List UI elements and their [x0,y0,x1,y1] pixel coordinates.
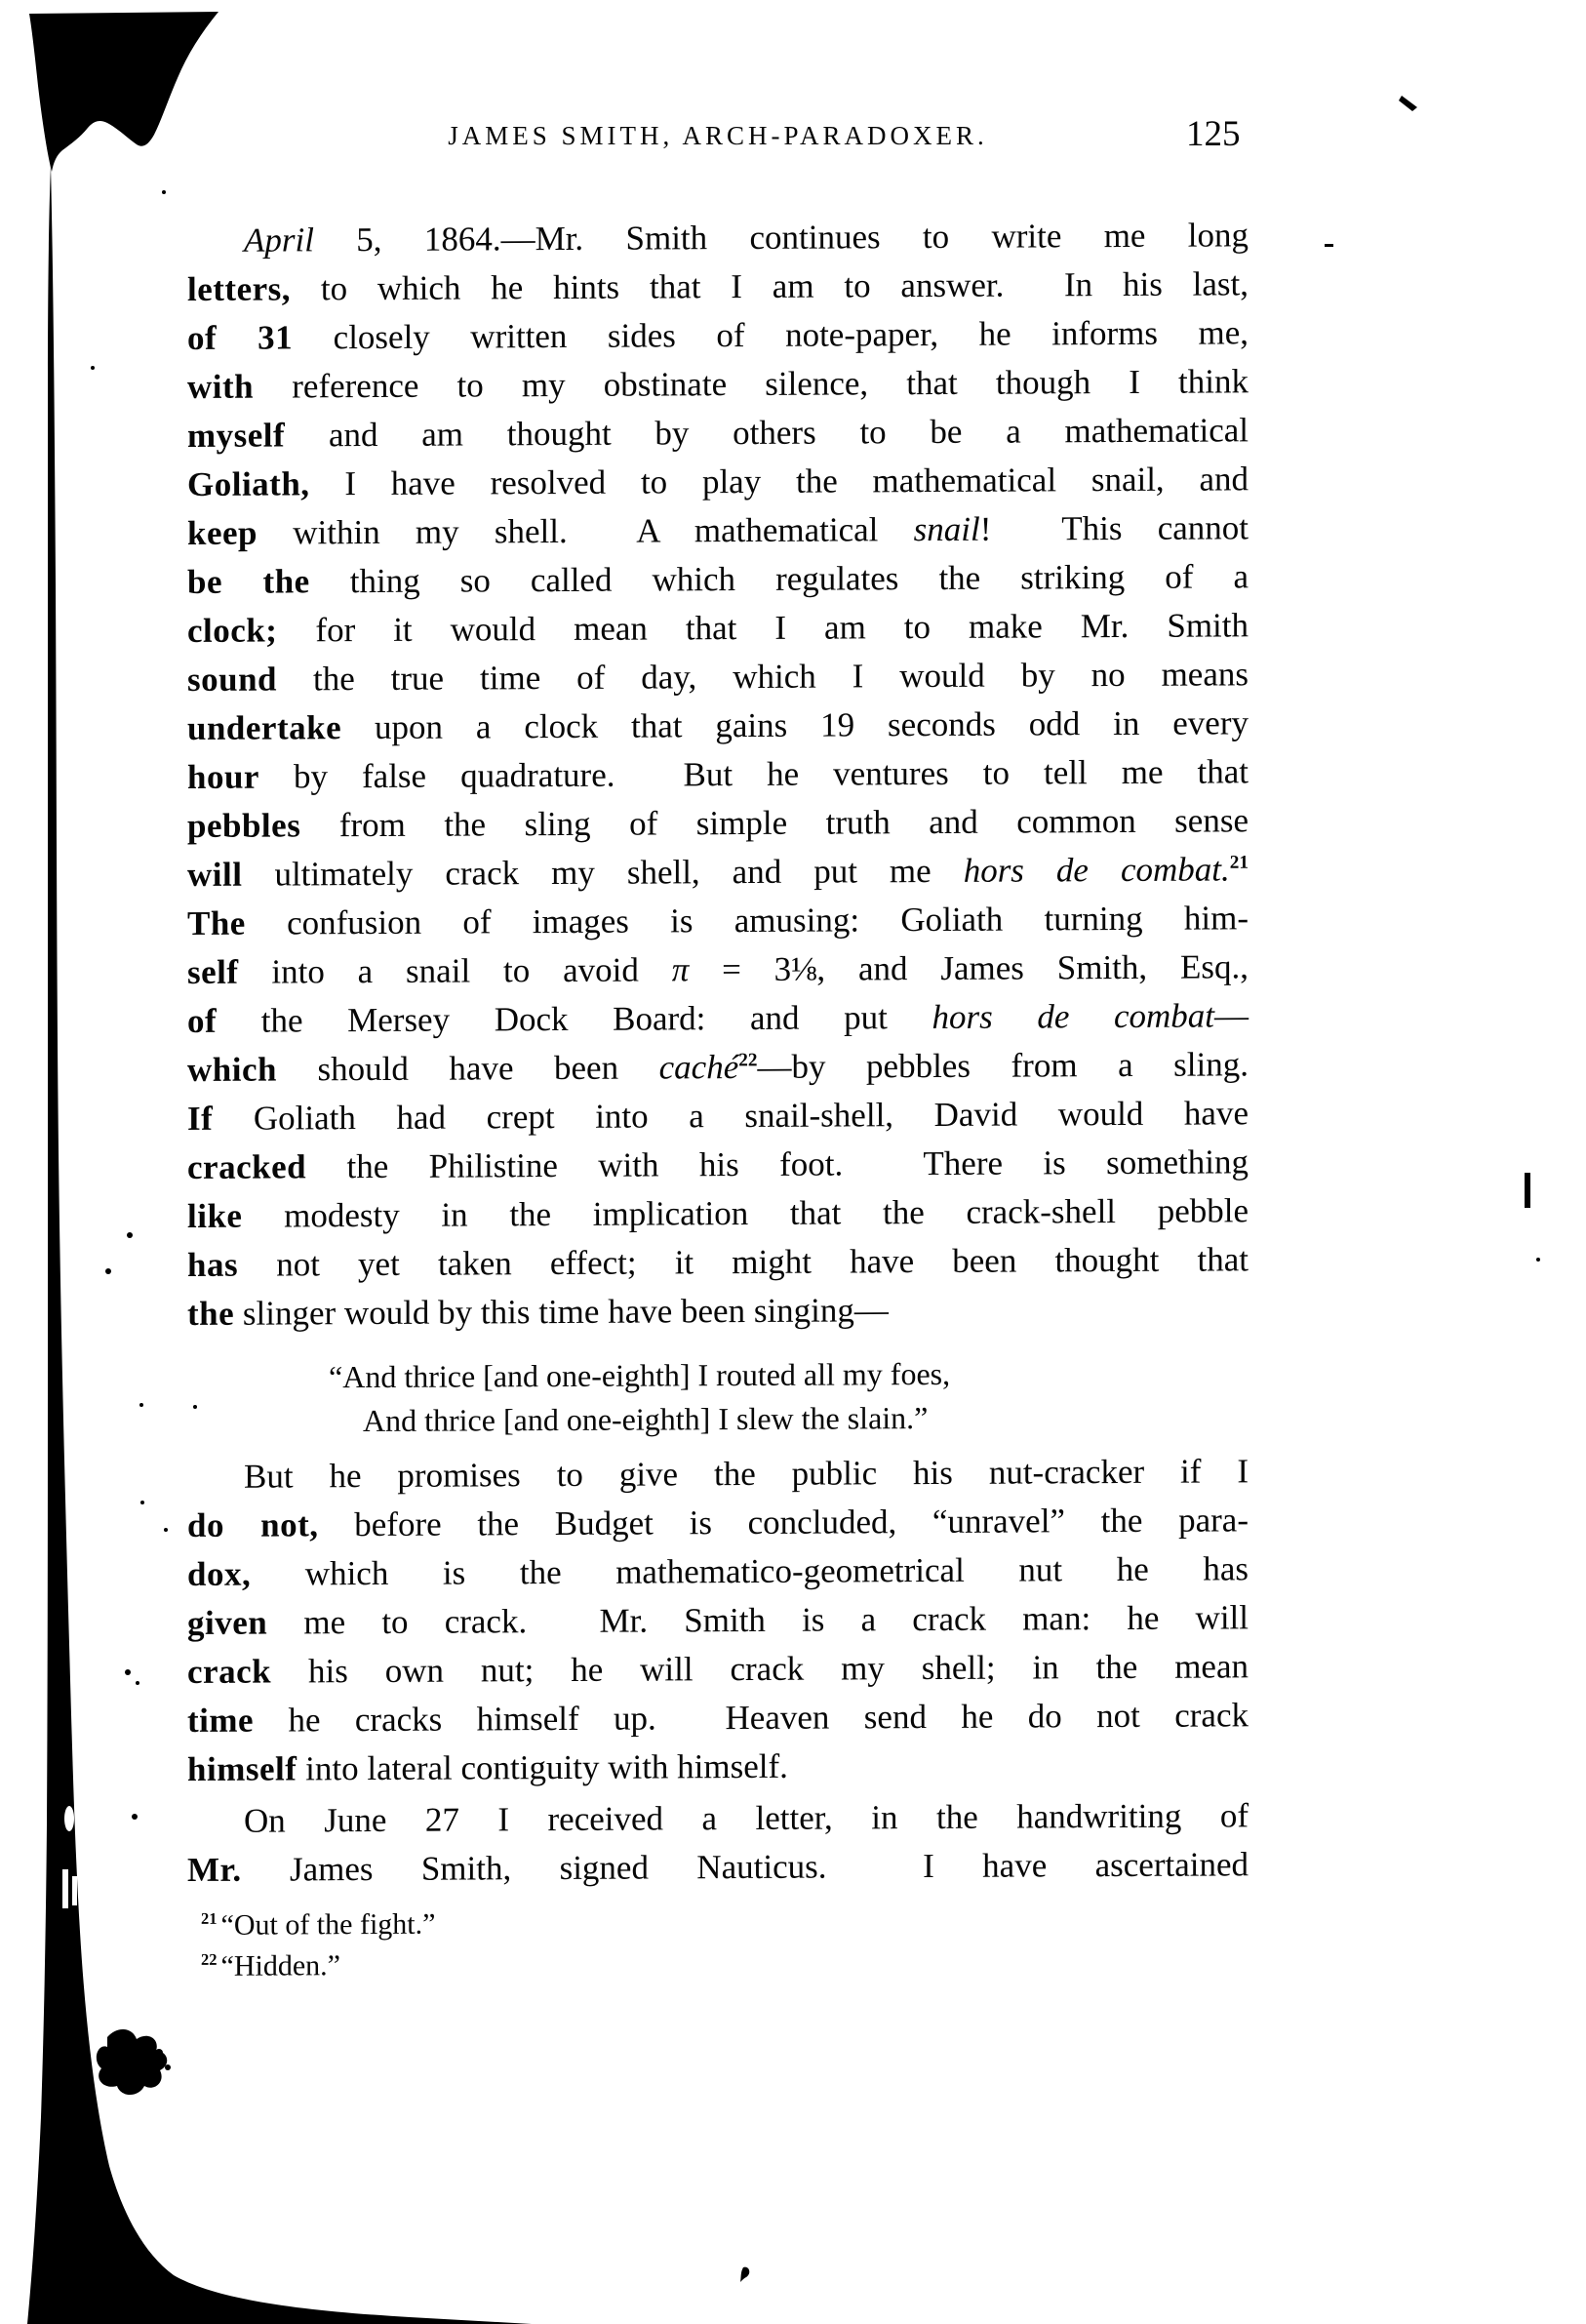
text-line: crack his own nut; he will crack my shel… [187,1642,1249,1697]
running-title: JAMES SMITH, ARCH-PARADOXER. [187,121,1249,151]
scan-speck [105,1268,111,1274]
footnote: 22“Hidden.” [201,1941,1249,1987]
scan-mark-dash [1325,244,1333,247]
text-line: sound the true time of day, which I woul… [187,650,1249,704]
footnotes: 21“Out of the fight.”22“Hidden.” [201,1900,1249,1987]
scan-mark-tick [1525,1173,1530,1208]
scan-speck [125,1669,131,1675]
text-line: of the Mersey Dock Board: and put hors d… [187,991,1249,1046]
verse-line: And thrice [and one-eighth] I slew the s… [363,1394,1249,1443]
text-line: On June 27 I received a letter, in the h… [187,1791,1249,1846]
scan-speck [155,2049,163,2057]
page-number: 125 [1186,113,1241,155]
text-line: will ultimately crack my shell, and put … [187,845,1249,900]
verse-line: “And thrice [and one-eighth] I routed al… [329,1350,1249,1399]
scan-speck [91,366,95,370]
text-line: himself into lateral contiguity with him… [187,1740,1249,1794]
scan-speck [127,1232,133,1238]
text-line: time he cracks himself up. Heaven send h… [187,1691,1249,1745]
text-line: myself and am thought by others to be a … [187,406,1249,461]
text-line: be the thing so called which regulates t… [187,552,1249,607]
scan-speck [149,2076,155,2082]
text-line: clock; for it would mean that I am to ma… [187,601,1249,656]
scan-speck [139,1403,143,1407]
paragraph-3: On June 27 I received a letter, in the h… [187,1791,1249,1895]
text-line: cracked the Philistine with his foot. Th… [187,1138,1249,1192]
text-line: Mr. James Smith, signed Nauticus. I have… [187,1840,1249,1895]
text-line: But he promises to give the public his n… [187,1447,1249,1502]
scan-speck [164,1528,168,1532]
scan-gap [72,1876,77,1905]
scan-mark-check [1399,96,1417,111]
scan-gap [64,1806,74,1831]
scan-speck [165,2064,171,2070]
verse-quote: “And thrice [and one-eighth] I routed al… [329,1350,1249,1443]
text-line: self into a snail to avoid π = 3⅛, and J… [187,942,1249,997]
text-line: If Goliath had crept into a snail-shell,… [187,1089,1249,1143]
scan-gap [62,1869,68,1908]
text-line: undertake upon a clock that gains 19 sec… [187,699,1249,753]
scan-speck [132,1814,138,1820]
paragraph-2: But he promises to give the public his n… [187,1447,1249,1794]
text-line: hour by false quadrature. But he venture… [187,747,1249,802]
scan-speck [162,190,166,194]
scanned-book-page: JAMES SMITH, ARCH-PARADOXER. 125 April 5… [0,0,1586,2324]
text-line: keep within my shell. A mathematical sna… [187,503,1249,558]
page-body: April 5, 1864.—Mr. Smith continues to wr… [187,211,1249,1987]
text-line: The confusion of images is amusing: Goli… [187,894,1249,948]
text-line: letters, to which he hints that I am to … [187,260,1249,314]
scan-speck [136,1681,139,1685]
scan-mark-comma [740,2267,749,2282]
text-line: the slinger would by this time have been… [187,1284,1249,1339]
text-line: like modesty in the implication that the… [187,1186,1249,1241]
footnote: 21“Out of the fight.” [201,1900,1249,1946]
text-line: which should have been caché22—by pebble… [187,1040,1249,1095]
paragraph-1: April 5, 1864.—Mr. Smith continues to wr… [187,211,1249,1339]
scan-speck [140,1501,144,1504]
text-line: do not, before the Budget is concluded, … [187,1496,1249,1550]
text-line: given me to crack. Mr. Smith is a crack … [187,1593,1249,1648]
text-line: of 31 closely written sides of note-pape… [187,308,1249,363]
text-line: pebbles from the sling of simple truth a… [187,796,1249,851]
scan-splat [97,2029,167,2095]
text-line: with reference to my obstinate silence, … [187,357,1249,412]
text-line: April 5, 1864.—Mr. Smith continues to wr… [187,211,1249,265]
scan-speck [1536,1258,1540,1262]
text-line: has not yet taken effect; it might have … [187,1235,1249,1290]
text-line: Goliath, I have resolved to play the mat… [187,455,1249,509]
text-line: dox, which is the mathematico-geometrica… [187,1544,1249,1599]
